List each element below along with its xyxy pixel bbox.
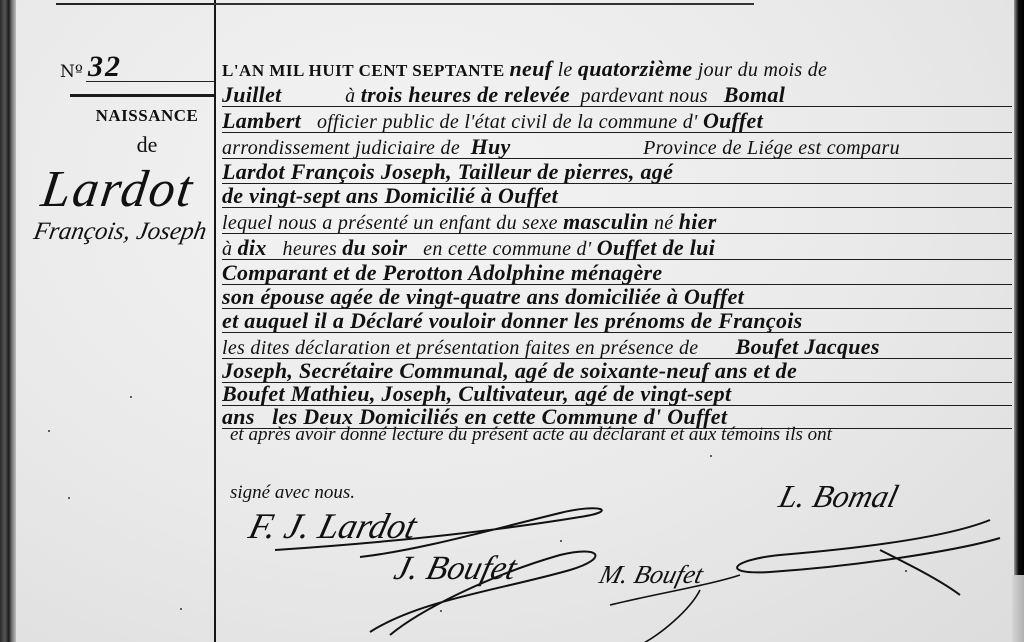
record-type-heading: NAISSANCE <box>82 106 212 126</box>
handwritten-entry: trois heures de relevée <box>361 82 570 107</box>
handwritten-entry: Ouffet <box>703 108 763 133</box>
handwritten-entry: Ouffet de lui <box>597 235 715 260</box>
record-line: les dites déclaration et présentation fa… <box>222 334 1012 359</box>
record-text: le <box>552 59 578 80</box>
handwritten-entry: Lambert <box>222 108 301 133</box>
main-top-rule <box>214 3 754 5</box>
handwritten-entry: masculin <box>563 209 649 234</box>
handwritten-entry: Bomal <box>724 82 785 107</box>
handwritten-entry: Comparant et de Perotton Adolphine ménag… <box>222 260 662 285</box>
entry-number-underline <box>86 81 214 82</box>
entry-number-label: Nº <box>60 62 83 82</box>
record-line: Juillet à trois heures de relevée pardev… <box>222 82 1012 107</box>
register-page: Nº 32 NAISSANCE de Lardot François, Jose… <box>0 0 1024 642</box>
handwritten-entry: Boufet Mathieu, Joseph, Cultivateur, agé… <box>222 381 731 406</box>
signature-witness-1-flourish <box>360 540 620 640</box>
record-line: Boufet Mathieu, Joseph, Cultivateur, agé… <box>222 381 1012 406</box>
handwritten-entry: de vingt-sept ans Domicilié à Ouffet <box>222 183 558 208</box>
heading-rule <box>70 94 214 97</box>
handwritten-entry: Boufet Jacques <box>736 334 880 359</box>
record-line: lequel nous a présenté un enfant du sexe… <box>222 209 1012 234</box>
record-line: Lardot François Joseph, Tailleur de pier… <box>222 159 1012 184</box>
record-text: à <box>222 238 238 260</box>
record-line: son épouse agée de vingt-quatre ans domi… <box>222 284 1012 309</box>
closing-line-1: et après avoir donné lecture du présent … <box>230 424 832 446</box>
record-text: à <box>282 85 361 107</box>
child-given-names: François, Joseph <box>32 218 209 246</box>
handwritten-entry: dix <box>238 235 267 260</box>
record-line: Lambert officier public de l'état civil … <box>222 108 1012 133</box>
record-text: né <box>649 212 679 234</box>
record-text: en cette commune d' <box>407 238 596 260</box>
binding-edge <box>0 0 16 642</box>
record-text: pardevant nous <box>570 85 724 107</box>
record-line: de vingt-sept ans Domicilié à Ouffet <box>222 183 1012 208</box>
handwritten-entry: Juillet <box>222 82 282 107</box>
child-surname: Lardot <box>38 160 198 219</box>
handwritten-entry: et auquel il a Déclaré vouloir donner le… <box>222 308 803 333</box>
record-text: officier public de l'état civil de la co… <box>301 111 703 133</box>
record-text: arrondissement judiciaire de <box>222 137 471 159</box>
handwritten-entry: Lardot François Joseph, Tailleur de pier… <box>222 159 673 184</box>
record-line: L'AN MIL HUIT CENT SEPTANTE neuf le quat… <box>222 56 1012 80</box>
record-type-de: de <box>82 132 212 158</box>
entry-number: Nº 32 <box>60 50 218 90</box>
entry-number-value: 32 <box>88 50 122 84</box>
signature-officer-flourish <box>640 500 1020 610</box>
handwritten-entry: son épouse agée de vingt-quatre ans domi… <box>222 284 744 309</box>
closing-line-2: signé avec nous. <box>230 482 355 504</box>
record-text: les dites déclaration et présentation fa… <box>222 337 736 359</box>
margin-top-rule <box>56 3 216 5</box>
record-text: Province de Liége est comparu <box>511 137 900 159</box>
handwritten-entry: du soir <box>342 235 407 260</box>
record-line: à dix heures du soir en cette commune d'… <box>222 235 1012 260</box>
margin-column: Nº 32 NAISSANCE de Lardot François, Jose… <box>16 0 214 642</box>
record-line: et auquel il a Déclaré vouloir donner le… <box>222 308 1012 333</box>
page-right-edge <box>1014 0 1024 575</box>
handwritten-entry: Joseph, Secrétaire Communal, agé de soix… <box>222 358 797 383</box>
record-text: heures <box>267 238 343 260</box>
record-line: Comparant et de Perotton Adolphine ménag… <box>222 260 1012 285</box>
record-line: Joseph, Secrétaire Communal, agé de soix… <box>222 358 1012 383</box>
column-divider <box>214 0 216 642</box>
record-text: lequel nous a présenté un enfant du sexe <box>222 212 563 234</box>
record-text: jour du mois de <box>692 59 827 80</box>
record-line: arrondissement judiciaire de Huy Provinc… <box>222 134 1012 159</box>
handwritten-entry: neuf <box>510 56 553 80</box>
handwritten-entry: quatorzième <box>578 56 693 80</box>
handwritten-entry: Huy <box>471 134 511 159</box>
handwritten-entry: hier <box>679 209 717 234</box>
printed-text: L'AN MIL HUIT CENT SEPTANTE <box>222 61 510 80</box>
